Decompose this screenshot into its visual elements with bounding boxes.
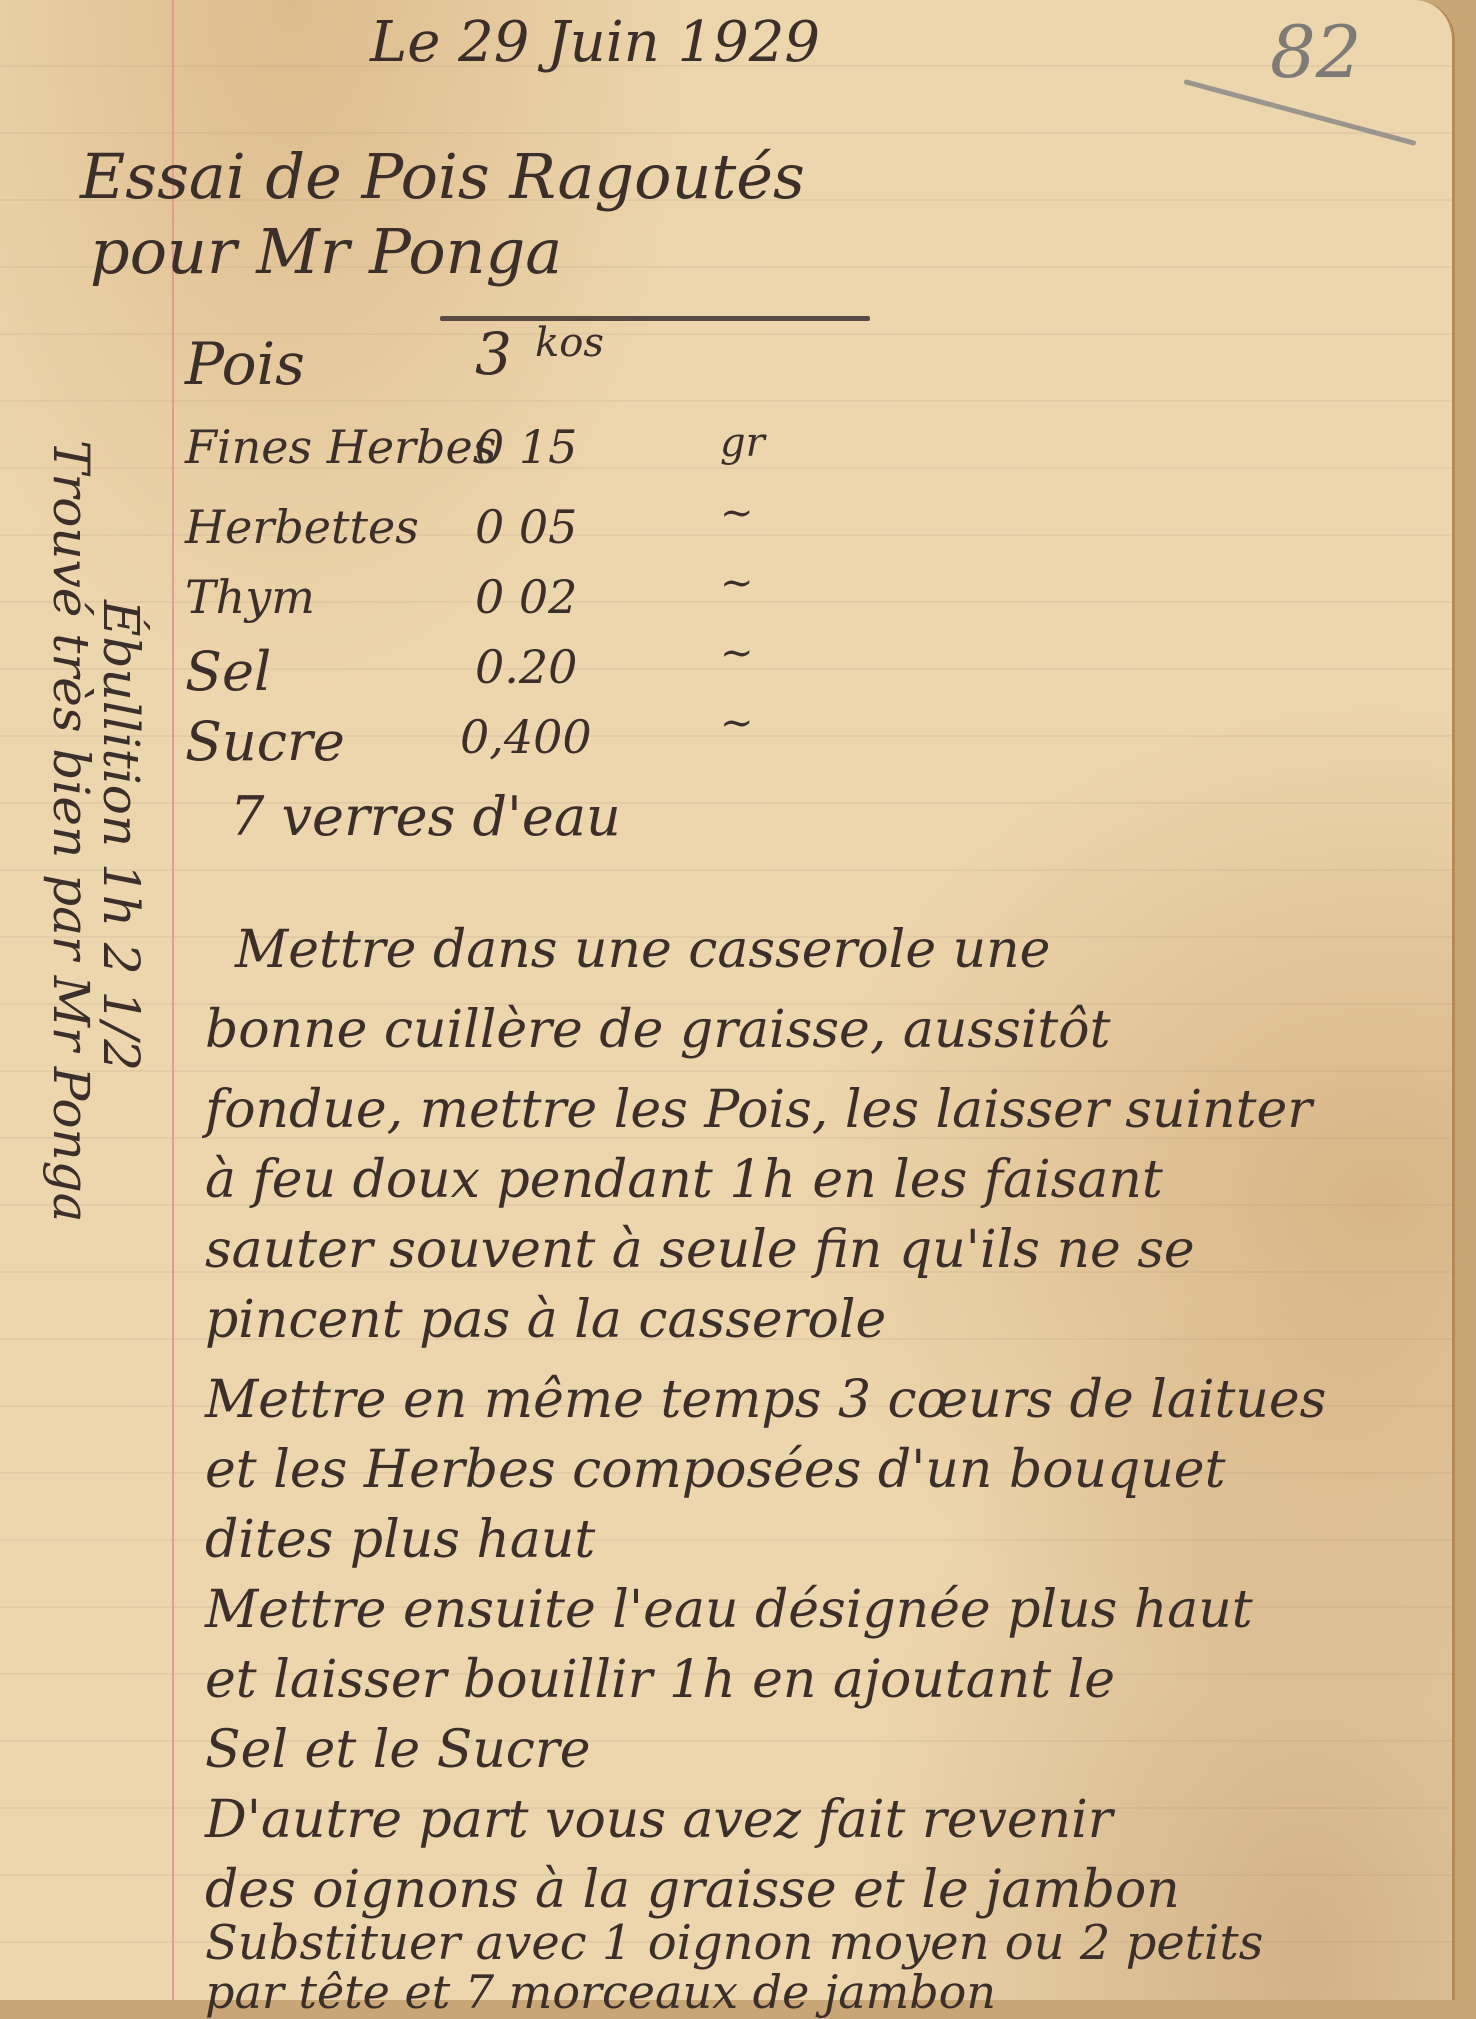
ingredient-unit: ~ <box>720 630 754 676</box>
recipe-title-line-1: Essai de Pois Ragoutés <box>80 140 805 213</box>
ingredient-name: Sucre <box>185 710 345 773</box>
instruction-line: et laisser bouillir 1h en ajoutant le <box>205 1650 1115 1710</box>
ingredient-quantity: 0 05 <box>475 500 577 554</box>
ingredient-name: Herbettes <box>185 500 419 554</box>
recipe-title-line-2: pour Mr Ponga <box>90 215 562 288</box>
ingredient-quantity: 0.20 <box>475 640 577 694</box>
ingredient-quantity: 0 02 <box>475 570 577 624</box>
instruction-line: sauter souvent à seule fin qu'ils ne se <box>205 1220 1195 1280</box>
ingredient-unit: ~ <box>720 490 754 536</box>
instruction-line: bonne cuillère de graisse, aussitôt <box>205 1000 1110 1060</box>
ingredient-name: Sel <box>185 640 271 703</box>
instruction-line: à feu doux pendant 1h en les faisant <box>205 1150 1163 1210</box>
instruction-line: et les Herbes composées d'un bouquet <box>205 1440 1225 1500</box>
ingredient-unit: kos <box>535 320 604 366</box>
ingredient-unit: gr <box>720 420 765 466</box>
entry-date: Le 29 Juin 1929 <box>370 10 820 75</box>
ingredient-name: Pois <box>185 330 305 398</box>
ingredient-name: 7 verres d'eau <box>230 785 621 848</box>
ingredient-quantity: 0,400 <box>460 710 592 764</box>
instruction-line: Substituer avec 1 oignon moyen ou 2 peti… <box>205 1915 1263 1971</box>
instruction-line: fondue, mettre les Pois, les laisser sui… <box>205 1080 1312 1140</box>
page-number: 82 <box>1270 10 1362 94</box>
ingredient-unit: ~ <box>720 560 754 606</box>
notebook-page: Le 29 Juin 1929 82 Essai de Pois Ragouté… <box>0 0 1455 2000</box>
ingredient-name: Fines Herbes <box>185 420 496 474</box>
ingredient-name: Thym <box>185 570 315 624</box>
instruction-line: D'autre part vous avez fait revenir <box>205 1790 1113 1850</box>
instruction-line: des oignons à la graisse et le jambon <box>205 1860 1180 1920</box>
instruction-line: Sel et le Sucre <box>205 1720 591 1780</box>
instruction-line: Mettre en même temps 3 cœurs de laitues <box>205 1370 1326 1430</box>
ingredient-unit: ~ <box>720 700 754 746</box>
instruction-line: Mettre ensuite l'eau désignée plus haut <box>205 1580 1253 1640</box>
instruction-line: dites plus haut <box>205 1510 595 1570</box>
red-margin-line <box>172 0 174 2000</box>
instruction-line: Mettre dans une casserole une <box>235 920 1050 980</box>
margin-note-line-2: Ébullition 1h 2 1/2 <box>92 600 150 1071</box>
instruction-line: par tête et 7 morceaux de jambon <box>205 1965 996 2000</box>
ingredient-quantity: 0 15 <box>475 420 577 474</box>
instruction-line: pincent pas à la casserole <box>205 1290 886 1350</box>
ingredient-quantity: 3 <box>475 320 512 388</box>
